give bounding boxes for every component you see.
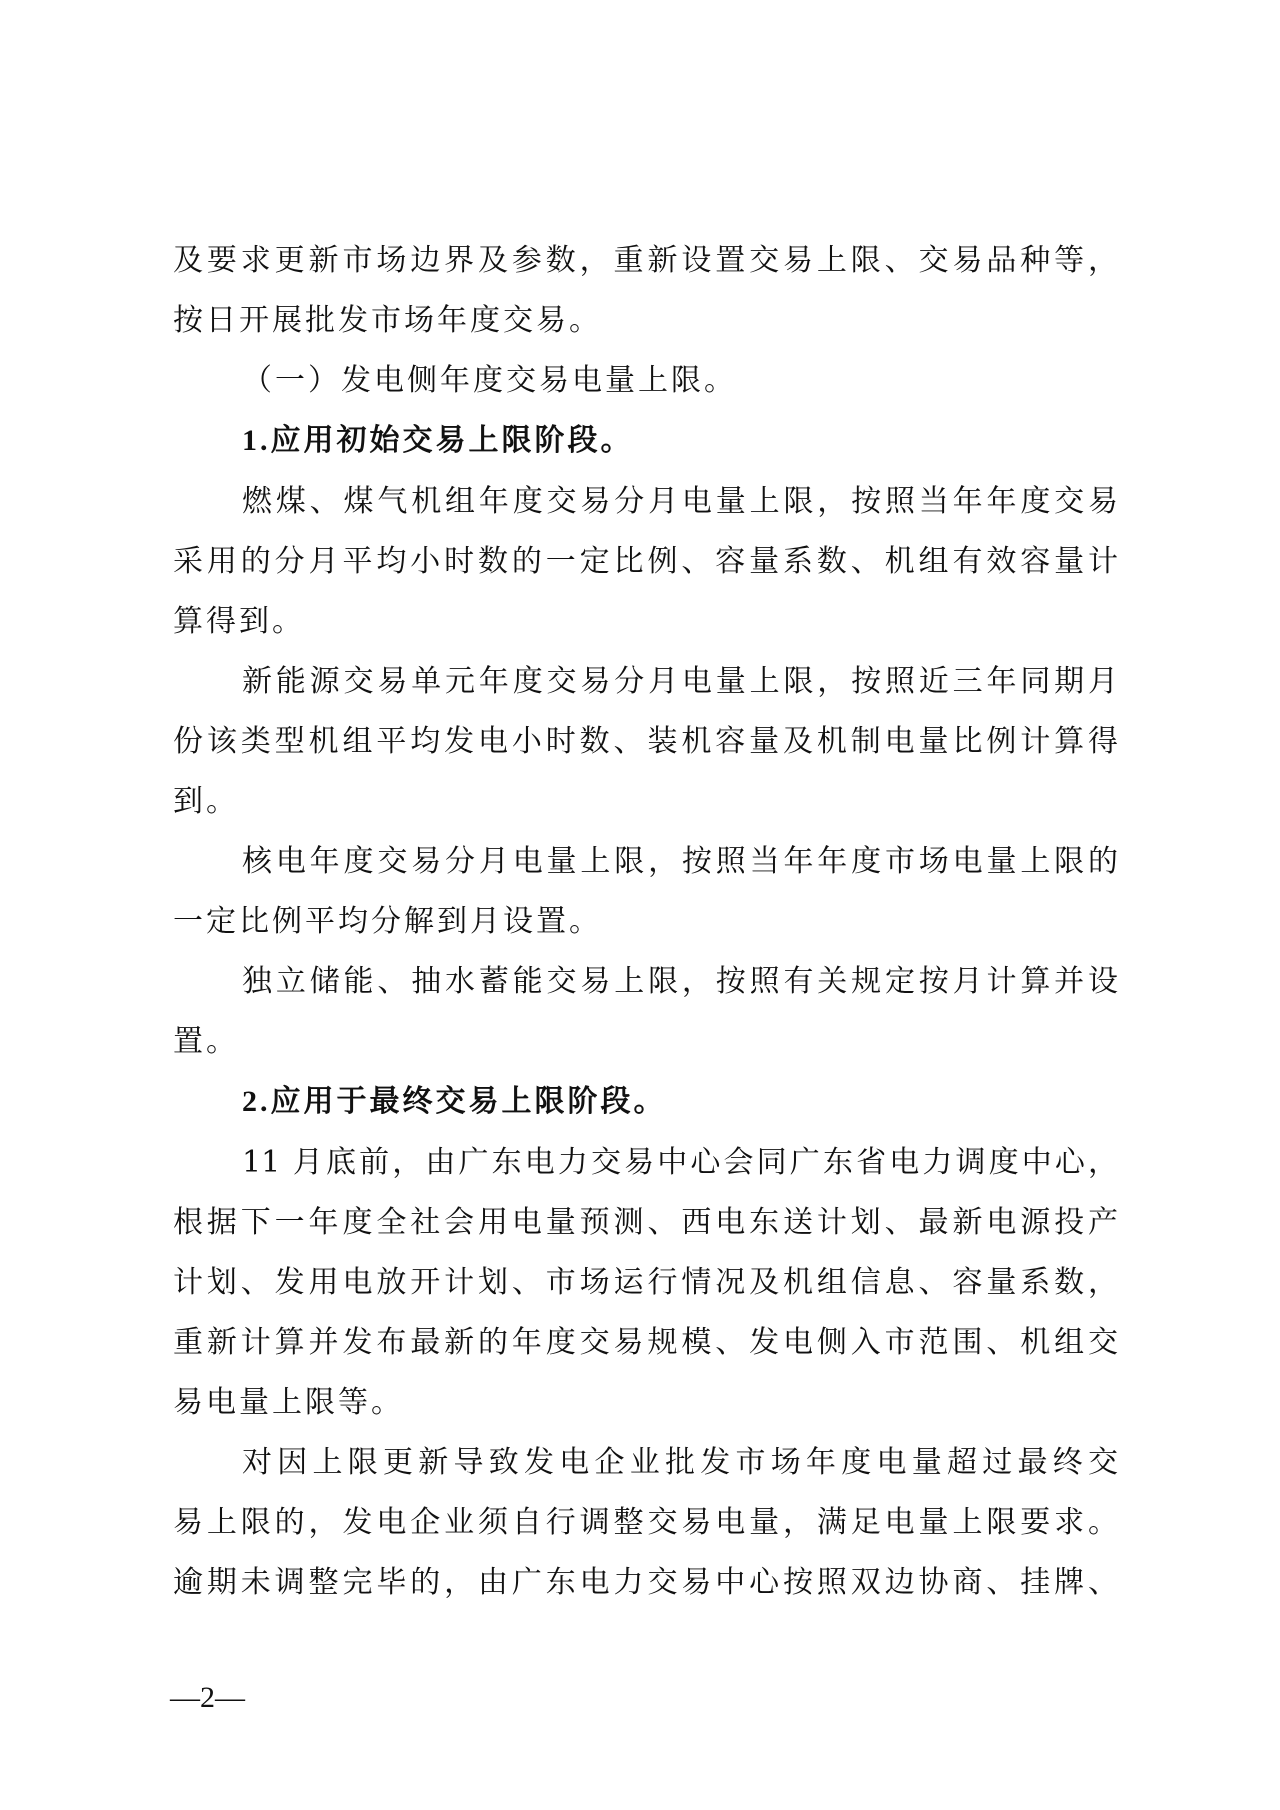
document-page: 及要求更新市场边界及参数，重新设置交易上限、交易品种等， 按日开展批发市场年度交… bbox=[0, 0, 1280, 1810]
body-line-23: 逾期未调整完毕的，由广东电力交易中心按照双边协商、挂牌、 bbox=[173, 1563, 1118, 1603]
body-line-11: 核电年度交易分月电量上限，按照当年年度市场电量上限的 bbox=[242, 842, 1118, 882]
body-line-9: 份该类型机组平均发电小时数、装机容量及机制电量比例计算得 bbox=[173, 722, 1118, 762]
body-line-20: 易电量上限等。 bbox=[173, 1383, 1118, 1423]
body-line-5: 燃煤、煤气机组年度交易分月电量上限，按照当年年度交易 bbox=[242, 482, 1118, 522]
subsection-heading-1: 1.应用初始交易上限阶段。 bbox=[242, 421, 1118, 461]
body-line-13: 独立储能、抽水蓄能交易上限，按照有关规定按月计算并设 bbox=[242, 962, 1118, 1002]
body-line-1: 及要求更新市场边界及参数，重新设置交易上限、交易品种等， bbox=[173, 241, 1118, 281]
section-heading-1: （一）发电侧年度交易电量上限。 bbox=[242, 361, 1118, 401]
body-line-18: 计划、发用电放开计划、市场运行情况及机组信息、容量系数， bbox=[173, 1263, 1118, 1303]
body-line-2: 按日开展批发市场年度交易。 bbox=[173, 301, 1118, 341]
body-line-19: 重新计算并发布最新的年度交易规模、发电侧入市范围、机组交 bbox=[173, 1323, 1118, 1363]
body-line-8: 新能源交易单元年度交易分月电量上限，按照近三年同期月 bbox=[242, 662, 1118, 702]
subsection-heading-2: 2.应用于最终交易上限阶段。 bbox=[242, 1082, 1118, 1122]
body-line-17: 根据下一年度全社会用电量预测、西电东送计划、最新电源投产 bbox=[173, 1203, 1118, 1243]
body-line-16: 11 月底前，由广东电力交易中心会同广东省电力调度中心， bbox=[242, 1143, 1118, 1183]
page-number: —2— bbox=[170, 1680, 245, 1716]
body-line-14: 置。 bbox=[173, 1022, 1118, 1062]
body-line-22: 易上限的，发电企业须自行调整交易电量，满足电量上限要求。 bbox=[173, 1503, 1118, 1543]
body-line-6: 采用的分月平均小时数的一定比例、容量系数、机组有效容量计 bbox=[173, 542, 1118, 582]
body-line-10: 到。 bbox=[173, 782, 1118, 822]
body-line-21: 对因上限更新导致发电企业批发市场年度电量超过最终交 bbox=[242, 1443, 1118, 1483]
body-line-12: 一定比例平均分解到月设置。 bbox=[173, 902, 1118, 942]
body-line-7: 算得到。 bbox=[173, 602, 1118, 642]
